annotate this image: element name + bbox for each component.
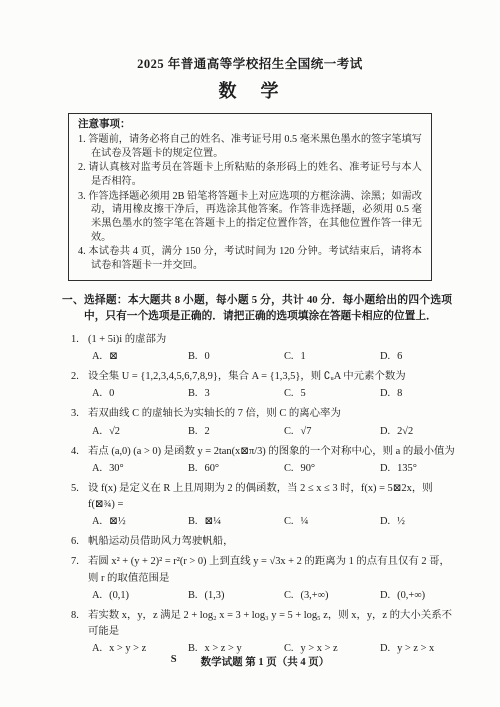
option-b: B.(1,3) (188, 588, 284, 604)
question-number: 3. (71, 406, 88, 422)
option-a: A.⊠½ (92, 514, 188, 530)
option-d: D.2√2 (380, 424, 456, 440)
option-row: A.30° B.60° C.90° D.135° (92, 461, 456, 477)
notice-item-3: 3. 作答选择题必须用 2B 铅笔将答题卡上对应选项的方框涂满、涂黑；如需改动，… (78, 190, 422, 245)
option-row: A.⊠½ B.⊠¼ C.¼ D.½ (92, 514, 456, 530)
question-number: 1. (71, 332, 88, 348)
section-heading: 一、选择题：本大题共 8 小题，每小题 5 分，共计 40 分．每小题给出的四个… (62, 292, 452, 325)
page-footer: S 数学试题 第 1 页（共 4 页） (0, 654, 500, 669)
question-number: 8. (71, 608, 88, 640)
question-7: 7. 若圆 x² + (y + 2)² = r²(r > 0) 上到直线 y =… (71, 554, 456, 603)
question-number: 7. (71, 554, 88, 586)
option-b: B.2 (188, 424, 284, 440)
option-c: C.90° (284, 461, 380, 477)
option-row: A.√2 B.2 C.√7 D.2√2 (92, 424, 456, 440)
option-d: D.135° (380, 461, 456, 477)
footer-page-marker: S (171, 654, 177, 669)
option-b: B.3 (188, 386, 284, 402)
option-d: D.½ (380, 514, 456, 530)
question-stem: 若圆 x² + (y + 2)² = r²(r > 0) 上到直线 y = √3… (88, 554, 456, 586)
option-d: D.6 (380, 349, 456, 365)
option-row: A.0 B.3 C.5 D.8 (92, 386, 456, 402)
question-stem: 若双曲线 C 的虚轴长为实轴长的 7 倍，则 C 的离心率为 (88, 406, 456, 422)
question-6: 6. 帆船运动员借助风力驾驶帆船， (71, 534, 456, 550)
notice-item-1: 1. 答题前，请务必将自己的姓名、准考证号用 0.5 毫米黑色墨水的签字笔填写在… (78, 133, 422, 160)
notice-heading: 注意事项： (78, 118, 422, 132)
exam-subject: 数 学 (0, 77, 500, 103)
question-stem: 帆船运动员借助风力驾驶帆船， (88, 534, 456, 550)
footer-label: 数学试题 第 1 页（共 4 页） (201, 654, 330, 669)
option-a: A.(0,1) (92, 588, 188, 604)
question-3: 3. 若双曲线 C 的虚轴长为实轴长的 7 倍，则 C 的离心率为 A.√2 B… (71, 406, 456, 439)
question-number: 5. (71, 481, 88, 513)
question-number: 4. (71, 444, 88, 460)
option-row: A.⊠ B.0 C.1 D.6 (92, 349, 456, 365)
notice-item-2: 2. 请认真核对监考员在答题卡上所粘贴的条形码上的姓名、准考证号与本人是否相符。 (78, 161, 422, 188)
option-b: B.60° (188, 461, 284, 477)
question-number: 2. (71, 369, 88, 385)
notice-box: 注意事项： 1. 答题前，请务必将自己的姓名、准考证号用 0.5 毫米黑色墨水的… (68, 113, 432, 281)
option-row: A.(0,1) B.(1,3) C.(3,+∞) D.(0,+∞) (92, 588, 456, 604)
option-d: D.8 (380, 386, 456, 402)
option-c: C.¼ (284, 514, 380, 530)
question-1: 1. (1 + 5i)i 的虚部为 A.⊠ B.0 C.1 D.6 (71, 332, 456, 365)
option-c: C.(3,+∞) (284, 588, 380, 604)
exam-page: 2025 年普通高等学校招生全国统一考试 数 学 注意事项： 1. 答题前，请务… (0, 0, 500, 707)
question-stem: 若点 (a,0) (a > 0) 是函数 y = 2tan(x⊠π/3) 的图象… (88, 444, 456, 460)
option-b: B.0 (188, 349, 284, 365)
question-8: 8. 若实数 x，y，z 满足 2 + log₂ x = 3 + log₃ y … (71, 608, 456, 657)
question-2: 2. 设全集 U = {1,2,3,4,5,6,7,8,9}，集合 A = {1… (71, 369, 456, 402)
question-4: 4. 若点 (a,0) (a > 0) 是函数 y = 2tan(x⊠π/3) … (71, 444, 456, 477)
question-5: 5. 设 f(x) 是定义在 R 上且周期为 2 的偶函数，当 2 ≤ x ≤ … (71, 481, 456, 530)
question-stem: 若实数 x，y，z 满足 2 + log₂ x = 3 + log₃ y = 5… (88, 608, 456, 640)
question-stem: 设 f(x) 是定义在 R 上且周期为 2 的偶函数，当 2 ≤ x ≤ 3 时… (88, 481, 456, 513)
option-b: B.⊠¼ (188, 514, 284, 530)
option-c: C.5 (284, 386, 380, 402)
question-stem: (1 + 5i)i 的虚部为 (88, 332, 456, 348)
option-a: A.√2 (92, 424, 188, 440)
option-c: C.1 (284, 349, 380, 365)
option-a: A.0 (92, 386, 188, 402)
exam-title: 2025 年普通高等学校招生全国统一考试 (0, 0, 500, 72)
question-number: 6. (71, 534, 88, 550)
option-d: D.(0,+∞) (380, 588, 456, 604)
question-stem: 设全集 U = {1,2,3,4,5,6,7,8,9}，集合 A = {1,3,… (88, 369, 456, 385)
option-a: A.⊠ (92, 349, 188, 365)
option-c: C.√7 (284, 424, 380, 440)
question-list: 1. (1 + 5i)i 的虚部为 A.⊠ B.0 C.1 D.6 2. 设全集… (71, 332, 456, 657)
option-a: A.30° (92, 461, 188, 477)
notice-item-4: 4. 本试卷共 4 页，满分 150 分，考试时间为 120 分钟。考试结束后，… (78, 245, 422, 272)
